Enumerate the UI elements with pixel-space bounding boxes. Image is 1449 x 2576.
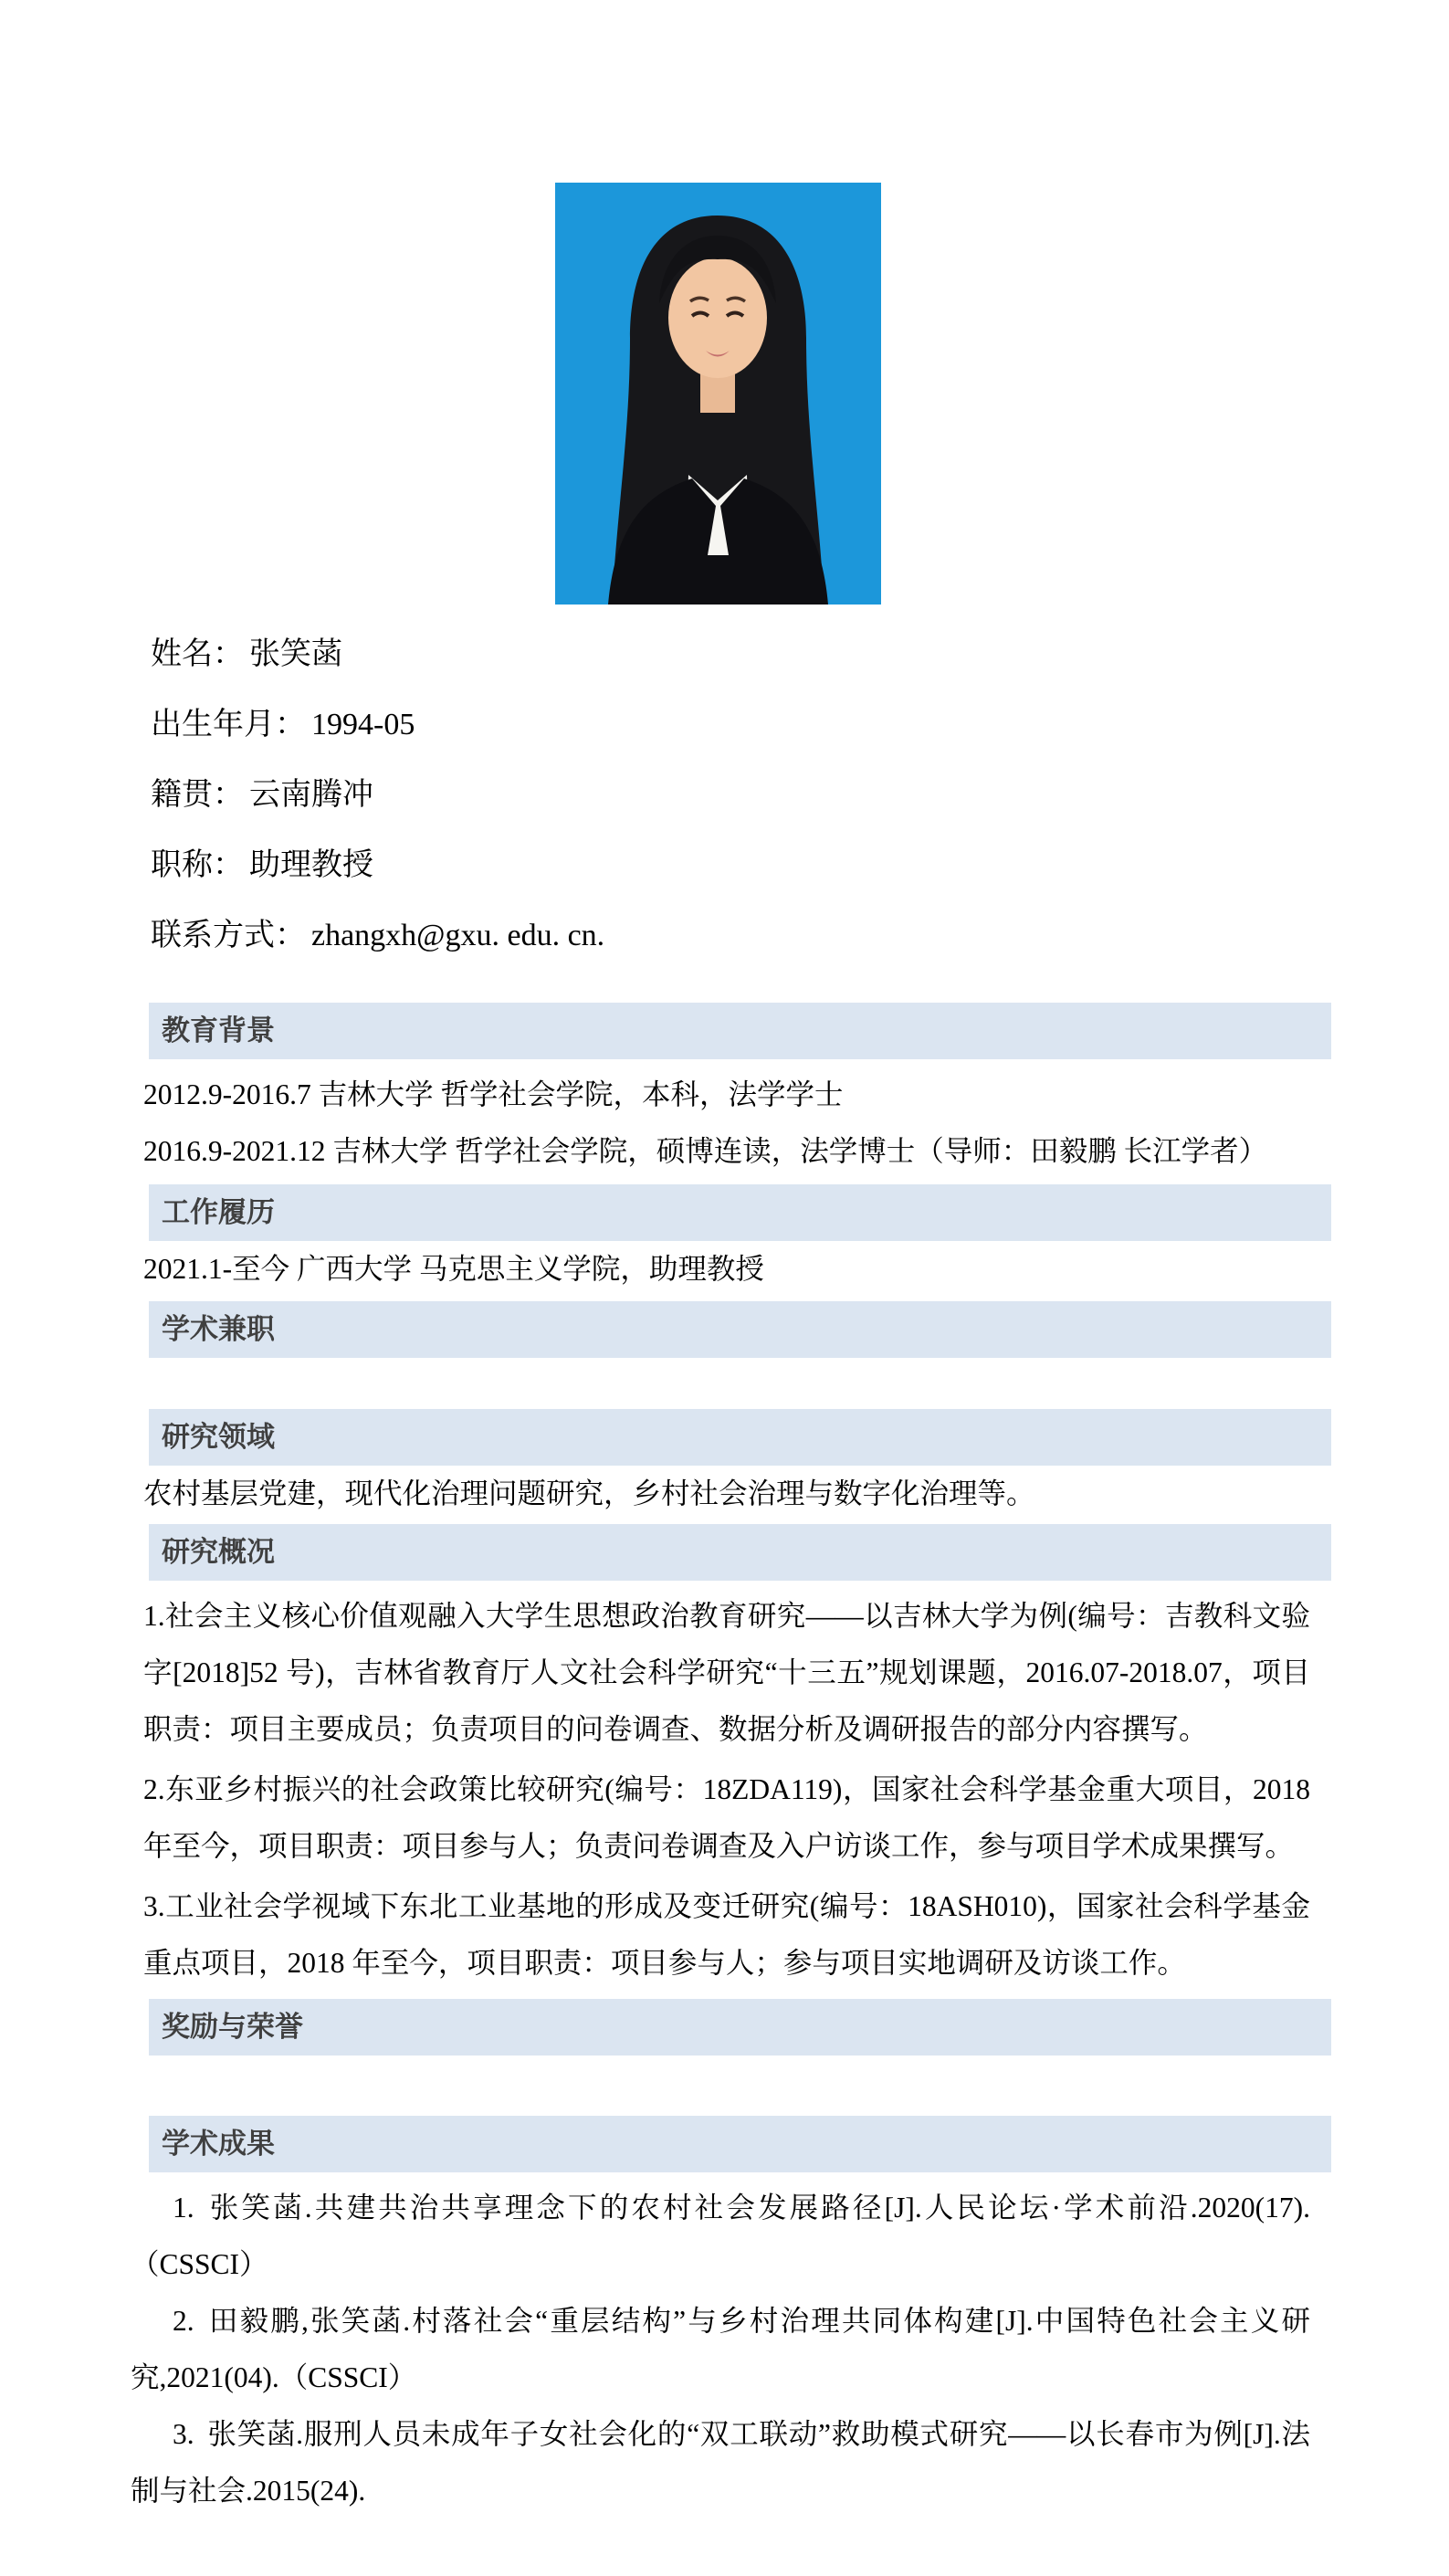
publication-text: 张笑菡.服刑人员未成年子女社会化的“双工联动”救助模式研究——以长春市为例[J]… bbox=[131, 2418, 1310, 2507]
publication-number: 1. bbox=[173, 2192, 194, 2224]
info-label: 姓名： bbox=[151, 637, 244, 671]
resume-content: 姓名：张笑菡 出生年月：1994-05 籍贯：云南腾冲 职称：助理教授 联系方式… bbox=[143, 619, 1310, 2519]
publication-text: 田毅鹏,张笑菡.村落社会“重层结构”与乡村治理共同体构建[J].中国特色社会主义… bbox=[131, 2305, 1310, 2393]
section-title: 研究领域 bbox=[162, 1421, 275, 1453]
research-project: 2.东亚乡村振兴的社会政策比较研究(编号：18ZDA119)，国家社会科学基金重… bbox=[143, 1761, 1310, 1875]
publication-item: 1.张笑菡.共建共治共享理念下的农村社会发展路径[J].人民论坛·学术前沿.20… bbox=[131, 2180, 1310, 2293]
work-entry: 2021.1-至今 广西大学 马克思主义学院，助理教授 bbox=[143, 1241, 1310, 1298]
section-header-academic-positions: 学术兼职 bbox=[149, 1301, 1331, 1358]
info-row-title: 职称：助理教授 bbox=[151, 830, 1310, 900]
info-value: 张笑菡 bbox=[249, 637, 342, 671]
research-project: 3.工业社会学视域下东北工业基地的形成及变迁研究(编号：18ASH010)，国家… bbox=[143, 1878, 1310, 1992]
section-header-research-areas: 研究领域 bbox=[149, 1409, 1331, 1466]
info-row-hometown: 籍贯：云南腾冲 bbox=[151, 760, 1310, 830]
section-title: 教育背景 bbox=[162, 1015, 275, 1046]
section-title: 工作履历 bbox=[162, 1196, 275, 1228]
profile-photo bbox=[555, 183, 881, 605]
info-row-name: 姓名：张笑菡 bbox=[151, 619, 1310, 689]
section-header-work-history: 工作履历 bbox=[149, 1184, 1331, 1241]
info-value: 云南腾冲 bbox=[249, 778, 373, 812]
section-header-publications: 学术成果 bbox=[149, 2116, 1331, 2172]
portrait-illustration bbox=[555, 183, 881, 605]
personal-info: 姓名：张笑菡 出生年月：1994-05 籍贯：云南腾冲 职称：助理教授 联系方式… bbox=[143, 619, 1310, 971]
info-row-contact: 联系方式：zhangxh@gxu. edu. cn. bbox=[151, 900, 1310, 971]
research-areas-text: 农村基层党建，现代化治理问题研究，乡村社会治理与数字化治理等。 bbox=[143, 1466, 1310, 1522]
publication-item: 2.田毅鹏,张笑菡.村落社会“重层结构”与乡村治理共同体构建[J].中国特色社会… bbox=[131, 2293, 1310, 2406]
research-project: 1.社会主义核心价值观融入大学生思想政治教育研究——以吉林大学为例(编号：吉教科… bbox=[143, 1588, 1310, 1758]
section-title: 学术成果 bbox=[162, 2128, 275, 2160]
education-entry: 2016.9-2021.12 吉林大学 哲学社会学院，硕博连读，法学博士（导师：… bbox=[143, 1123, 1310, 1180]
info-label: 联系方式： bbox=[151, 919, 306, 952]
section-header-research-overview: 研究概况 bbox=[149, 1524, 1331, 1581]
section-header-education: 教育背景 bbox=[149, 1003, 1331, 1059]
section-header-awards: 奖励与荣誉 bbox=[149, 1999, 1331, 2056]
publication-number: 2. bbox=[173, 2305, 194, 2337]
info-value: 助理教授 bbox=[249, 848, 373, 882]
empty-section-spacer bbox=[143, 2056, 1310, 2116]
resume-page: 姓名：张笑菡 出生年月：1994-05 籍贯：云南腾冲 职称：助理教授 联系方式… bbox=[0, 0, 1449, 2576]
info-value-email: zhangxh@gxu. edu. cn. bbox=[311, 919, 604, 952]
publication-number: 3. bbox=[173, 2418, 194, 2450]
publication-item: 3.张笑菡.服刑人员未成年子女社会化的“双工联动”救助模式研究——以长春市为例[… bbox=[131, 2406, 1310, 2519]
empty-section-spacer bbox=[143, 1358, 1310, 1409]
education-entry: 2012.9-2016.7 吉林大学 哲学社会学院，本科，法学学士 bbox=[143, 1067, 1310, 1123]
info-value: 1994-05 bbox=[311, 708, 415, 741]
info-label: 出生年月： bbox=[151, 708, 306, 741]
info-row-birth: 出生年月：1994-05 bbox=[151, 689, 1310, 760]
section-title: 研究概况 bbox=[162, 1536, 275, 1568]
publication-text: 张笑菡.共建共治共享理念下的农村社会发展路径[J].人民论坛·学术前沿.2020… bbox=[131, 2192, 1310, 2280]
info-label: 职称： bbox=[151, 848, 244, 882]
info-label: 籍贯： bbox=[151, 778, 244, 812]
section-title: 学术兼职 bbox=[162, 1313, 275, 1345]
section-title: 奖励与荣誉 bbox=[162, 2011, 303, 2043]
